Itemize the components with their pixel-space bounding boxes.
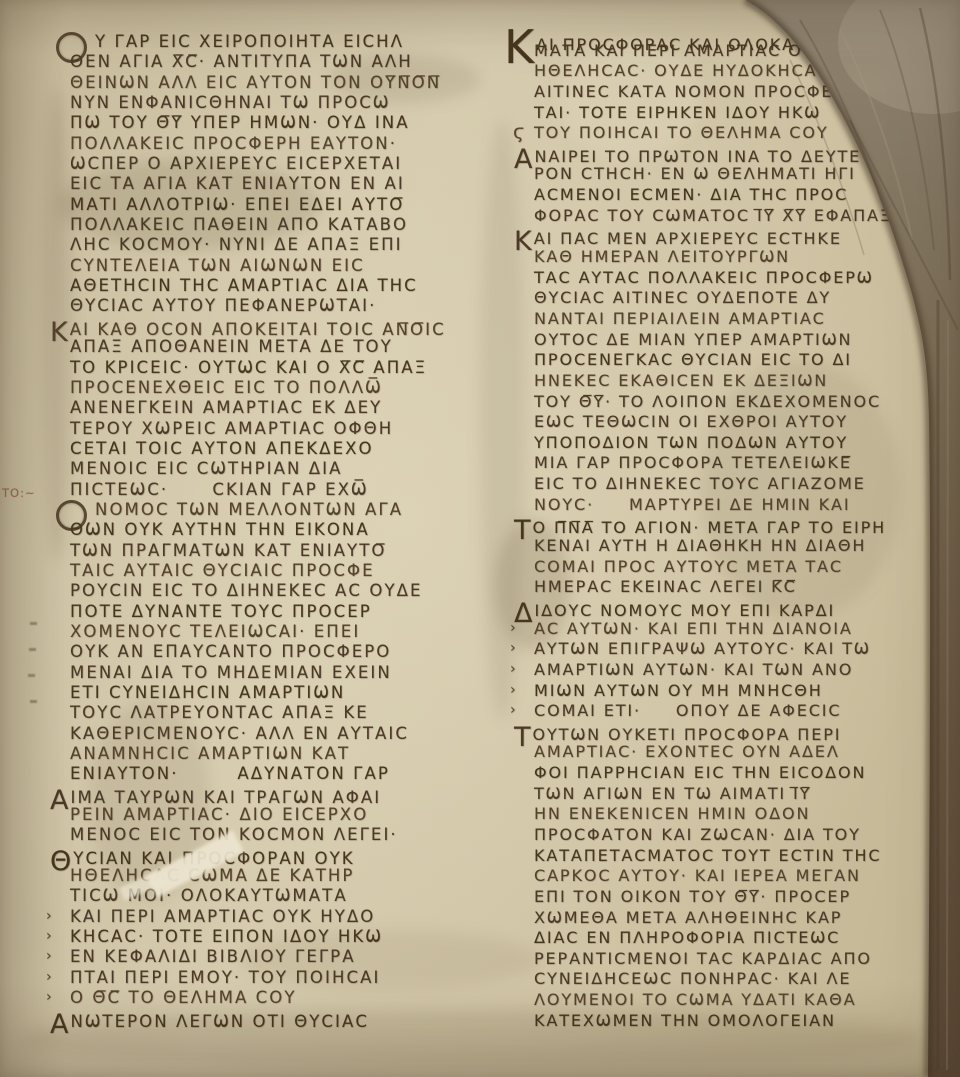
line-text: ΤΑΙϹ ΑΥΤΑΙϹ ΘΥϹΙΑΙϹ ΠΡΟϹΦΕ — [70, 561, 375, 580]
text-line: ΚΑΘ ΗΜΕΡΑΝ ΛΕΙΤΟΥΡΓѠΝ — [534, 247, 944, 268]
text-line: ΛΟΥΜΕΝΟΙ ΤΟ ϹѠΜΑ ΥΔΑΤΙ ΚΑΘΑ — [534, 990, 944, 1011]
line-text: ΤΕΡΟΥ ΧѠΡΕΙϹ ΑΜΑΡΤΙΑϹ ΟΦΘΗ — [70, 419, 393, 438]
text-line: ΤΕΡΟΥ ΧѠΡΕΙϹ ΑΜΑΡΤΙΑϹ ΟΦΘΗ — [70, 419, 484, 439]
text-line: ΜΕΝΟϹ ΕΙϹ ΤΟΝ ΚΟϹΜΟΝ ΛΕΓΕΙ· — [70, 825, 484, 845]
diple-mark: › — [510, 661, 516, 677]
text-line: ΕΙϹ ΤΑ ΑΓΙΑ ΚΑΤ ΕΝΙΑΥΤΟΝ ΕΝ ΑΙ — [70, 174, 484, 194]
text-line: ΘΥϹΙΑϹ ΑΙΤΙΝΕϹ ΟΥΔΕΠΟΤΕ ΔΥ — [534, 288, 944, 309]
text-line: ΗΝ ΕΝΕΚΕΝΙϹΕΝ ΗΜΙΝ ΟΔΟΝ — [534, 804, 944, 825]
line-text: ΗΘΕΛΗϹΑϹ ϹѠΜΑ ΔΕ ΚΑΤΗΡ — [70, 866, 354, 885]
line-text: ΚΕΝΑΙ ΑΥΤΗ Η ΔΙΑΘΗΚΗ ΗΝ ΔΙΑΘΗ — [534, 536, 866, 555]
line-text: ΜΙѠΝ ΑΥΤѠΝ ΟΥ ΜΗ ΜΝΗϹΘΗ — [534, 681, 823, 700]
text-line: ΕΝΙΑΥΤΟΝ· ΑΔΥΝΑΤΟΝ ΓΑΡ — [70, 764, 484, 784]
diple-mark: › — [510, 702, 516, 718]
text-line: ΤѠΝ ΑΓΙѠΝ ΕΝ ΤѠ ΑΙΜΑΤΙ Ι̅Υ̅ — [534, 784, 944, 805]
text-line: ΠΙϹΤΕѠϹ· ϹΚΙΑΝ ΓΑΡ ΕΧѠ̅ — [70, 480, 484, 500]
line-text: ΤΟΥ ΠΟΙΗϹΑΙ ΤΟ ΘΕΛΗΜΑ ϹΟΥ — [534, 123, 829, 142]
line-text: ΝΑΙΡΕΙ ΤΟ ΠΡѠΤΟΝ ΙΝΑ ΤΟ ΔΕΥΤΕ — [534, 147, 861, 166]
line-text: ΝΟΥϹ· ΜΑΡΤΥΡΕΙ ΔΕ ΗΜΙΝ ΚΑΙ — [534, 495, 850, 514]
initial-letter: Τ — [514, 722, 531, 753]
line-text: ΝΟΜΟϹ ΤѠΝ ΜΕΛΛΟΝΤѠΝ ΑΓΑ — [95, 500, 403, 519]
diple-mark: › — [510, 640, 516, 656]
text-line: ΚΑΤΕΧѠΜΕΝ ΤΗΝ ΟΜΟΛΟΓΕΙΑΝ — [534, 1011, 944, 1032]
line-text: ΘΥϹΙΑϹ ΑΙΤΙΝΕϹ ΟΥΔΕΠΟΤΕ ΔΥ — [534, 288, 831, 307]
line-text: ΑΝΕΝΕΓΚΕΙΝ ΑΜΑΡΤΙΑϹ ΕΚ ΔΕΥ — [70, 398, 382, 417]
margin-tick — [30, 622, 37, 625]
text-line: ΤΟΥΤѠΝ ΟΥΚΕΤΙ ΠΡΟϹΦΟΡΑ ΠΕΡΙ — [534, 722, 944, 743]
line-text: ΡΕΙΝ ΑΜΑΡΤΙΑϹ· ΔΙΟ ΕΙϹΕΡΧΟ — [70, 805, 368, 824]
line-text: ΝΑΝΤΑΙ ΠΕΡΙΑΙΛΕΙΝ ΑΜΑΡΤΙΑϹ — [534, 309, 826, 328]
line-text: ΘѠΝ ΟΥΚ ΑΥΤΗΝ ΤΗΝ ΕΙΚΟΝΑ — [70, 520, 370, 539]
line-text: ϹΟΜΑΙ ΠΡΟϹ ΑΥΤΟΥϹ ΜΕΤΑ ΤΑϹ — [534, 557, 843, 576]
initial-letter: Κ — [514, 226, 532, 257]
line-text: ΑΝΑΜΝΗϹΙϹ ΑΜΑΡΤΙѠΝ ΚΑΤ — [70, 744, 350, 763]
line-text: ΤΙϹѠ ΜΟΙ· ΟΛΟΚΑΥΤѠΜΑΤΑ — [70, 886, 348, 905]
line-text: ΤΑϹ ΑΥΤΑϹ ΠΟΛΛΑΚΕΙϹ ΠΡΟϹΦΕΡѠ — [534, 268, 874, 287]
line-text: ΑΙ ΚΑΘ ΟϹΟΝ ΑΠΟΚΕΙΤΑΙ ΤΟΙϹ ΑΝ̅Ο̅ΙϹ — [70, 320, 446, 339]
line-text: ΠΡΟϹΕΝΕΓΚΑϹ ΘΥϹΙΑΝ ΕΙϹ ΤΟ ΔΙ — [534, 350, 852, 369]
text-line: ΕΠΙ ΤΟΝ ΟΙΚΟΝ ΤΟΥ Θ̅Υ̅· ΠΡΟϹΕΡ — [534, 887, 944, 908]
line-text: ΤΟΥϹ ΛΑΤΡΕΥΟΝΤΑϹ ΑΠΑΞ ΚΕ — [70, 703, 369, 722]
line-text: ΕѠϹ ΤΕΘѠϹΙΝ ΟΙ ΕΧΘΡΟΙ ΑΥΤΟΥ — [534, 412, 848, 431]
text-line: ΑΘΕΤΗϹΙΝ ΤΗϹ ΑΜΑΡΤΙΑϹ ΔΙΑ ΤΗϹ — [70, 276, 484, 296]
text-line: ΜΙΑ ΓΑΡ ΠΡΟϹΦΟΡΑ ΤΕΤΕΛΕΙѠΚΕ̅ — [534, 453, 944, 474]
diple-mark: › — [46, 989, 52, 1005]
text-line: ΟΥΤΟϹ ΔΕ ΜΙΑΝ ΥΠΕΡ ΑΜΑΡΤΙѠΝ — [534, 330, 944, 351]
text-line: ΜΑΤΙ ΑΛΛΟΤΡΙѠ· ΕΠΕΙ ΕΔΕΙ ΑΥΤΟ̅ — [70, 195, 484, 215]
line-text: ΟΥΤΟϹ ΔΕ ΜΙΑΝ ΥΠΕΡ ΑΜΑΡΤΙѠΝ — [534, 330, 852, 349]
text-line: ›ΚΗϹΑϹ· ΤΟΤΕ ΕΙΠΟΝ ΙΔΟΥ ΗΚѠ — [70, 927, 484, 947]
line-text: ΚΑΘΕΡΙϹΜΕΝΟΥϹ· ΑΛΛ ΕΝ ΑΥΤΑΙϹ — [70, 724, 409, 743]
text-line: ΦΟΙ ΠΑΡΡΗϹΙΑΝ ΕΙϹ ΤΗΝ ΕΙϹΟΔΟΝ — [534, 763, 944, 784]
text-line: ΑΙΜΑ ΤΑΥΡѠΝ ΚΑΙ ΤΡΑΓѠΝ ΑΦΑΙ — [70, 785, 484, 805]
text-line: ΝΥΝ ΕΝΦΑΝΙϹΘΗΝΑΙ ΤѠ ΠΡΟϹѠ — [70, 93, 484, 113]
line-text: ΤΑΙ· ΤΟΤΕ ΕΙΡΗΚΕΝ ΙΔΟΥ ΗΚѠ — [534, 103, 821, 122]
line-text: ΑΙΤΙΝΕϹ ΚΑΤΑ ΝΟΜΟΝ ΠΡΟϹΦΕΡΟΝ — [534, 82, 873, 101]
initial-letter: Δ — [514, 598, 532, 629]
line-text: ΠѠ ΤΟΥ Θ̅Υ̅ ΥΠΕΡ ΗΜѠΝ· ΟΥΔ ΙΝΑ — [70, 113, 410, 132]
line-text: ΕΠΙ ΤΟΝ ΟΙΚΟΝ ΤΟΥ Θ̅Υ̅· ΠΡΟϹΕΡ — [534, 887, 851, 906]
diple-mark: › — [46, 948, 52, 964]
line-text: ΗΝΕΚΕϹ ΕΚΑΘΙϹΕΝ ΕΚ ΔΕΞΙѠΝ — [534, 371, 828, 390]
line-text: ΙΔΟΥϹ ΝΟΜΟΥϹ ΜΟΥ ΕΠΙ ΚΑΡΔΙ — [534, 601, 835, 620]
line-text: ΠΙϹΤΕѠϹ· ϹΚΙΑΝ ΓΑΡ ΕΧѠ̅ — [70, 480, 369, 499]
text-line: ΑΙΤΙΝΕϹ ΚΑΤΑ ΝΟΜΟΝ ΠΡΟϹΦΕΡΟΝ — [534, 82, 944, 103]
initial-letter: Α — [514, 144, 532, 175]
text-line: ΤΟΥ Θ̅Υ̅· ΤΟ ΛΟΙΠΟΝ ΕΚΔΕΧΟΜΕΝΟϹ — [534, 392, 944, 413]
text-line: ΗΝΕΚΕϹ ΕΚΑΘΙϹΕΝ ΕΚ ΔΕΞΙѠΝ — [534, 371, 944, 392]
text-line: ΡΕΙΝ ΑΜΑΡΤΙΑϹ· ΔΙΟ ΕΙϹΕΡΧΟ — [70, 805, 484, 825]
text-line: ΧѠΜΕΘΑ ΜΕΤΑ ΑΛΗΘΕΙΝΗϹ ΚΑΡ — [534, 908, 944, 929]
text-line: ΑΝΑΙΡΕΙ ΤΟ ΠΡѠΤΟΝ ΙΝΑ ΤΟ ΔΕΥΤΕ — [534, 144, 944, 165]
text-line: ΤѠΝ ΠΡΑΓΜΑΤѠΝ ΚΑΤ ΕΝΙΑΥΤΟ̅ — [70, 541, 484, 561]
text-line: ›ΜΙѠΝ ΑΥΤѠΝ ΟΥ ΜΗ ΜΝΗϹΘΗ — [534, 681, 944, 702]
line-text: ΑϹ ΑΥΤѠΝ· ΚΑΙ ΕΠΙ ΤΗΝ ΔΙΑΝΟΙΑ — [534, 619, 853, 638]
text-line: ΠΟΛΛΑΚΕΙϹ ΠΡΟϹΦΕΡΗ ΕΑΥΤΟΝ· — [70, 134, 484, 154]
line-text: ΠΟΛΛΑΚΕΙϹ ΠΑΘΕΙΝ ΑΠΟ ΚΑΤΑΒΟ — [70, 215, 408, 234]
line-text: ΤΟ ΚΡΙϹΕΙϹ· ΟΥΤѠϹ ΚΑΙ Ο Χ̅Ϲ̅ ΑΠΑΞ — [70, 358, 427, 377]
line-text: ΜΕΝΟΙϹ ΕΙϹ ϹѠΤΗΡΙΑΝ ΔΙΑ — [70, 459, 343, 478]
margin-tick — [29, 648, 36, 651]
line-text: ΚΑΙ ΠΕΡΙ ΑΜΑΡΤΙΑϹ ΟΥΚ ΗΥΔΟ — [70, 907, 375, 926]
line-text: ΠΡΟϹΦΑΤΟΝ ΚΑΙ ΖѠϹΑΝ· ΔΙΑ ΤΟΥ — [534, 825, 861, 844]
text-line: ΚΑΙ ΠΑϹ ΜΕΝ ΑΡΧΙΕΡΕΥϹ ΕϹΤΗΚΕ — [534, 226, 944, 247]
line-text: ϹΑΡΚΟϹ ΑΥΤΟΥ· ΚΑΙ ΙΕΡΕΑ ΜΕΓΑΝ — [534, 866, 861, 885]
text-line: ΑΝΕΝΕΓΚΕΙΝ ΑΜΑΡΤΙΑϹ ΕΚ ΔΕΥ — [70, 398, 484, 418]
line-text: ΑϹΜΕΝΟΙ ΕϹΜΕΝ· ΔΙΑ ΤΗϹ ΠΡΟϹ — [534, 185, 848, 204]
text-line: ΘΥϹΙΑϹ ΑΥΤΟΥ ΠΕΦΑΝΕΡѠΤΑΙ· — [70, 296, 484, 316]
line-text: ΘΥϹΙΑϹ ΑΥΤΟΥ ΠΕΦΑΝΕΡѠΤΑΙ· — [70, 296, 376, 315]
line-text: ΗΜΕΡΑϹ ΕΚΕΙΝΑϹ ΛΕΓΕΙ Κ̅Ϲ̅ — [534, 577, 797, 596]
line-text: ΙΜΑ ΤΑΥΡѠΝ ΚΑΙ ΤΡΑΓѠΝ ΑΦΑΙ — [70, 788, 381, 807]
diple-mark: › — [46, 969, 52, 985]
line-text: ΜΑΤΑ ΚΑΙ ΠΕΡΙ ΑΜΑΡΤΙΑϹ ΟΥΚ — [534, 41, 827, 60]
line-text: ΑΥΤѠΝ ΕΠΙΓΡΑΨѠ ΑΥΤΟΥϹ· ΚΑΙ ΤѠ — [534, 639, 871, 658]
text-line: ΛΗϹ ΚΟϹΜΟΥ· ΝΥΝΙ ΔΕ ΑΠΑΞ ΕΠΙ — [70, 235, 484, 255]
text-line: ϹΟΜΑΙ ΠΡΟϹ ΑΥΤΟΥϹ ΜΕΤΑ ΤΑϹ — [534, 557, 944, 578]
text-line: ›Ο Θ̅Ϲ̅ ΤΟ ΘΕΛΗΜΑ ϹΟΥ — [70, 988, 484, 1008]
initial-letter: Κ — [504, 20, 534, 74]
text-line: ΚΕΝΑΙ ΑΥΤΗ Η ΔΙΑΘΗΚΗ ΗΝ ΔΙΑΘΗ — [534, 536, 944, 557]
line-text: ΕΤΙ ϹΥΝΕΙΔΗϹΙΝ ΑΜΑΡΤΙѠΝ — [70, 683, 345, 702]
line-text: ΥϹΙΑΝ ΚΑΙ ΠΡΟϹΦΟΡΑΝ ΟΥΚ — [73, 849, 354, 868]
text-line: ΗΘΕΛΗϹΑϹ· ΟΥΔΕ ΗΥΔΟΚΗϹΑϹ — [534, 61, 944, 82]
diple-mark: › — [46, 908, 52, 924]
line-text: ΠΡΟϹΕΝΕΧΘΕΙϹ ΕΙϹ ΤΟ ΠΟΛΛѠ̅ — [70, 378, 383, 397]
text-line: ΠѠ ΤΟΥ Θ̅Υ̅ ΥΠΕΡ ΗΜѠΝ· ΟΥΔ ΙΝΑ — [70, 113, 484, 133]
text-line: ΟΥΚ ΑΝ ΕΠΑΥϹΑΝΤΟ ΠΡΟϹΦΕΡΟ — [70, 642, 484, 662]
line-text: ΟΥΤѠΝ ΟΥΚΕΤΙ ΠΡΟϹΦΟΡΑ ΠΕΡΙ — [533, 725, 842, 744]
line-text: Ο Π̅Ν̅Α̅ ΤΟ ΑΓΙΟΝ· ΜΕΤΑ ΓΑΡ ΤΟ ΕΙΡΗ — [533, 518, 887, 537]
text-line: ΤΙϹѠ ΜΟΙ· ΟΛΟΚΑΥΤѠΜΑΤΑ — [70, 886, 484, 906]
text-line: ΕΤΙ ϹΥΝΕΙΔΗϹΙΝ ΑΜΑΡΤΙѠΝ — [70, 683, 484, 703]
text-line: ΠΡΟϹΕΝΕΓΚΑϹ ΘΥϹΙΑΝ ΕΙϹ ΤΟ ΔΙ — [534, 350, 944, 371]
line-text: ΧΟΜΕΝΟΥϹ ΤΕΛΕΙѠϹΑΙ· ΕΠΕΙ — [70, 622, 360, 641]
initial-letter: Α — [50, 1009, 68, 1040]
text-line: ›ΑΜΑΡΤΙѠΝ ΑΥΤѠΝ· ΚΑΙ ΤѠΝ ΑΝΟ — [534, 660, 944, 681]
text-line: ϹΥΝΕΙΔΗϹΕѠϹ ΠΟΝΗΡΑϹ· ΚΑΙ ΛΕ — [534, 969, 944, 990]
text-line: ΑΝΑΜΝΗϹΙϹ ΑΜΑΡΤΙѠΝ ΚΑΤ — [70, 744, 484, 764]
initial-letter: Τ — [514, 515, 531, 546]
text-line: ΤΟ ΚΡΙϹΕΙϹ· ΟΥΤѠϹ ΚΑΙ Ο Χ̅Ϲ̅ ΑΠΑΞ — [70, 358, 484, 378]
diple-mark: › — [46, 928, 52, 944]
text-line: ΔΙΔΟΥϹ ΝΟΜΟΥϹ ΜΟΥ ΕΠΙ ΚΑΡΔΙ — [534, 598, 944, 619]
text-line: ΘΕΙΝѠΝ ΑΛΛ ΕΙϹ ΑΥΤΟΝ ΤΟΝ ΟΥ̅Ν̅Ο̅Ν̅ — [70, 73, 484, 93]
text-line: Υ ΓΑΡ ΕΙϹ ΧΕΙΡΟΠΟΙΗΤΑ ΕΙϹΗΛ — [70, 32, 484, 52]
line-text: ΛΟΥΜΕΝΟΙ ΤΟ ϹѠΜΑ ΥΔΑΤΙ ΚΑΘΑ — [534, 990, 857, 1009]
line-text: ΕΝΙΑΥΤΟΝ· ΑΔΥΝΑΤΟΝ ΓΑΡ — [70, 764, 390, 783]
text-line: ΑΝѠΤΕΡΟΝ ΛΕΓѠΝ ΟΤΙ ΘΥϹΙΑϹ — [70, 1009, 484, 1029]
text-column-left: Υ ΓΑΡ ΕΙϹ ΧΕΙΡΟΠΟΙΗΤΑ ΕΙϹΗΛΘΕΝ ΑΓΙΑ Χ̅Ϲ̅… — [70, 32, 484, 1029]
text-line: ΚΑΤΑΠΕΤΑϹΜΑΤΟϹ ΤΟΥΤ ΕϹΤΙΝ ΤΗϹ — [534, 846, 944, 867]
text-line: ΝΟΜΟϹ ΤѠΝ ΜΕΛΛΟΝΤѠΝ ΑΓΑ — [70, 500, 484, 520]
line-text: ΕΙϹ ΤΟ ΔΙΗΝΕΚΕϹ ΤΟΥϹ ΑΓΙΑΖΟΜΕ — [534, 474, 866, 493]
line-text: ΑΙ ΠΑϹ ΜΕΝ ΑΡΧΙΕΡΕΥϹ ΕϹΤΗΚΕ — [534, 229, 842, 248]
line-text: ϹΥΝΤΕΛΕΙΑ ΤѠΝ ΑΙѠΝѠΝ ΕΙϹ — [70, 256, 365, 275]
line-text: Υ ΓΑΡ ΕΙϹ ΧΕΙΡΟΠΟΙΗΤΑ ΕΙϹΗΛ — [95, 32, 404, 51]
text-line: ΜΑΤΑ ΚΑΙ ΠΕΡΙ ΑΜΑΡΤΙΑϹ ΟΥΚ — [534, 41, 944, 62]
text-line: ΜΕΝΑΙ ΔΙΑ ΤΟ ΜΗΔΕΜΙΑΝ ΕΧΕΙΝ — [70, 663, 484, 683]
text-line: ΤΑΙϹ ΑΥΤΑΙϹ ΘΥϹΙΑΙϹ ΠΡΟϹΦΕ — [70, 561, 484, 581]
line-text: ΑΠΑΞ ΑΠΟΘΑΝΕΙΝ ΜΕΤΑ ΔΕ ΤΟΥ — [70, 337, 393, 356]
text-line: ΚΑΘΕΡΙϹΜΕΝΟΥϹ· ΑΛΛ ΕΝ ΑΥΤΑΙϹ — [70, 724, 484, 744]
line-text: ΚΑΤΕΧѠΜΕΝ ΤΗΝ ΟΜΟΛΟΓΕΙΑΝ — [534, 1011, 836, 1030]
margin-tick — [28, 674, 35, 677]
line-text: ΑΘΕΤΗϹΙΝ ΤΗϹ ΑΜΑΡΤΙΑϹ ΔΙΑ ΤΗϹ — [70, 276, 418, 295]
initial-letter: Κ — [50, 317, 68, 348]
line-text: ΝΥΝ ΕΝΦΑΝΙϹΘΗΝΑΙ ΤѠ ΠΡΟϹѠ — [70, 93, 390, 112]
line-text: ΟΥΚ ΑΝ ΕΠΑΥϹΑΝΤΟ ΠΡΟϹΦΕΡΟ — [70, 642, 391, 661]
text-line: ΘѠΝ ΟΥΚ ΑΥΤΗΝ ΤΗΝ ΕΙΚΟΝΑ — [70, 520, 484, 540]
line-text: ΠΟΛΛΑΚΕΙϹ ΠΡΟϹΦΕΡΗ ΕΑΥΤΟΝ· — [70, 134, 397, 153]
line-text: ΚΗϹΑϹ· ΤΟΤΕ ΕΙΠΟΝ ΙΔΟΥ ΗΚѠ — [70, 927, 383, 946]
line-text: ΔΙΑϹ ΕΝ ΠΛΗΡΟΦΟΡΙΑ ΠΙϹΤΕѠϹ — [534, 928, 840, 947]
paragraph-mark: ϛ — [513, 121, 524, 143]
text-line: ΠΟΛΛΑΚΕΙϹ ΠΑΘΕΙΝ ΑΠΟ ΚΑΤΑΒΟ — [70, 215, 484, 235]
line-text: ΝѠΤΕΡΟΝ ΛΕΓѠΝ ΟΤΙ ΘΥϹΙΑϹ — [70, 1012, 369, 1031]
text-line: ›ϹΟΜΑΙ ΕΤΙ· ΟΠΟΥ ΔΕ ΑΦΕϹΙϹ — [534, 701, 944, 722]
marginal-note: ΤΟ:~ — [2, 486, 36, 500]
line-text: ΕΙϹ ΤΑ ΑΓΙΑ ΚΑΤ ΕΝΙΑΥΤΟΝ ΕΝ ΑΙ — [70, 174, 405, 193]
text-line: ΝΟΥϹ· ΜΑΡΤΥΡΕΙ ΔΕ ΗΜΙΝ ΚΑΙ — [534, 495, 944, 516]
text-line: ΠΡΟϹΦΑΤΟΝ ΚΑΙ ΖѠϹΑΝ· ΔΙΑ ΤΟΥ — [534, 825, 944, 846]
line-text: ΤѠΝ ΠΡΑΓΜΑΤѠΝ ΚΑΤ ΕΝΙΑΥΤΟ̅ — [70, 541, 387, 560]
text-line: ΡΟΥϹΙΝ ΕΙϹ ΤΟ ΔΙΗΝΕΚΕϹ ΑϹ ΟΥΔΕ — [70, 581, 484, 601]
line-text: ΗΘΕΛΗϹΑϹ· ΟΥΔΕ ΗΥΔΟΚΗϹΑϹ — [534, 61, 830, 80]
text-line: ΚΑΙ ΚΑΘ ΟϹΟΝ ΑΠΟΚΕΙΤΑΙ ΤΟΙϹ ΑΝ̅Ο̅ΙϹ — [70, 317, 484, 337]
line-text: ΜΑΤΙ ΑΛΛΟΤΡΙѠ· ΕΠΕΙ ΕΔΕΙ ΑΥΤΟ̅ — [70, 195, 404, 214]
text-line: ѠϹΠΕΡ Ο ΑΡΧΙΕΡΕΥϹ ΕΙϹΕΡΧΕΤΑΙ — [70, 154, 484, 174]
text-line: ϹΑΡΚΟϹ ΑΥΤΟΥ· ΚΑΙ ΙΕΡΕΑ ΜΕΓΑΝ — [534, 866, 944, 887]
line-text: ΘΕΝ ΑΓΙΑ Χ̅Ϲ̅· ΑΝΤΙΤΥΠΑ ΤѠΝ ΑΛΗ — [70, 52, 413, 71]
line-text: ΠΟΤΕ ΔΥΝΑΝΤΕ ΤΟΥϹ ΠΡΟϹΕΡ — [70, 602, 372, 621]
text-line: ›ΕΝ ΚΕΦΑΛΙΔΙ ΒΙΒΛΙΟΥ ΓΕΓΡΑ — [70, 947, 484, 967]
text-line: ΔΙΑϹ ΕΝ ΠΛΗΡΟΦΟΡΙΑ ΠΙϹΤΕѠϹ — [534, 928, 944, 949]
line-text: ϹΟΜΑΙ ΕΤΙ· ΟΠΟΥ ΔΕ ΑΦΕϹΙϹ — [534, 701, 841, 720]
text-line: ΠΡΟϹΕΝΕΧΘΕΙϹ ΕΙϹ ΤΟ ΠΟΛΛѠ̅ — [70, 378, 484, 398]
text-line: ΧΟΜΕΝΟΥϹ ΤΕΛΕΙѠϹΑΙ· ΕΠΕΙ — [70, 622, 484, 642]
text-line: ΕΙϹ ΤΟ ΔΙΗΝΕΚΕϹ ΤΟΥϹ ΑΓΙΑΖΟΜΕ — [534, 474, 944, 495]
text-line: ›ΚΑΙ ΠΕΡΙ ΑΜΑΡΤΙΑϹ ΟΥΚ ΗΥΔΟ — [70, 907, 484, 927]
line-text: ΛΗϹ ΚΟϹΜΟΥ· ΝΥΝΙ ΔΕ ΑΠΑΞ ΕΠΙ — [70, 235, 403, 254]
text-line: ΑΜΑΡΤΙΑϹ· ΕΧΟΝΤΕϹ ΟΥΝ ΑΔΕΛ — [534, 742, 944, 763]
text-line: ϛΤΟΥ ΠΟΙΗϹΑΙ ΤΟ ΘΕΛΗΜΑ ϹΟΥ — [534, 123, 944, 144]
line-text: ΗΝ ΕΝΕΚΕΝΙϹΕΝ ΗΜΙΝ ΟΔΟΝ — [534, 804, 810, 823]
text-line: ϹΕΤΑΙ ΤΟΙϹ ΑΥΤΟΝ ΑΠΕΚΔΕΧΟ — [70, 439, 484, 459]
diple-mark: › — [510, 620, 516, 636]
stain — [480, 120, 525, 720]
text-line: ΘΥϹΙΑΝ ΚΑΙ ΠΡΟϹΦΟΡΑΝ ΟΥΚ — [70, 846, 484, 866]
line-text: ΤѠΝ ΑΓΙѠΝ ΕΝ ΤѠ ΑΙΜΑΤΙ Ι̅Υ̅ — [534, 784, 811, 803]
line-text: ϹΥΝΕΙΔΗϹΕѠϹ ΠΟΝΗΡΑϹ· ΚΑΙ ΛΕ — [534, 969, 851, 988]
line-text: ΚΑΤΑΠΕΤΑϹΜΑΤΟϹ ΤΟΥΤ ΕϹΤΙΝ ΤΗϹ — [534, 846, 881, 865]
text-line: ΕѠϹ ΤΕΘѠϹΙΝ ΟΙ ΕΧΘΡΟΙ ΑΥΤΟΥ — [534, 412, 944, 433]
line-text: ΕΝ ΚΕΦΑΛΙΔΙ ΒΙΒΛΙΟΥ ΓΕΓΡΑ — [70, 947, 356, 966]
line-text: ΤΟΥ Θ̅Υ̅· ΤΟ ΛΟΙΠΟΝ ΕΚΔΕΧΟΜΕΝΟϹ — [534, 392, 881, 411]
line-text: ΦΟΙ ΠΑΡΡΗϹΙΑΝ ΕΙϹ ΤΗΝ ΕΙϹΟΔΟΝ — [534, 763, 866, 782]
line-text: ΚΑΘ ΗΜΕΡΑΝ ΛΕΙΤΟΥΡΓѠΝ — [534, 247, 790, 266]
line-text: ϹΕΤΑΙ ΤΟΙϹ ΑΥΤΟΝ ΑΠΕΚΔΕΧΟ — [70, 439, 374, 458]
line-text: ΜΙΑ ΓΑΡ ΠΡΟϹΦΟΡΑ ΤΕΤΕΛΕΙѠΚΕ̅ — [534, 453, 852, 472]
text-line: ΤΟ Π̅Ν̅Α̅ ΤΟ ΑΓΙΟΝ· ΜΕΤΑ ΓΑΡ ΤΟ ΕΙΡΗ — [534, 515, 944, 536]
text-line: ΑϹΜΕΝΟΙ ΕϹΜΕΝ· ΔΙΑ ΤΗϹ ΠΡΟϹ — [534, 185, 944, 206]
text-line: ›ΑΥΤѠΝ ΕΠΙΓΡΑΨѠ ΑΥΤΟΥϹ· ΚΑΙ ΤѠ — [534, 639, 944, 660]
initial-letter: Θ — [50, 846, 71, 877]
text-line: ΡΟΝ ϹΤΗϹΗ· ΕΝ Ѡ ΘΕΛΗΜΑΤΙ ΗΓΙ — [534, 164, 944, 185]
manuscript-page: ΤΟ:~ Υ ΓΑΡ ΕΙϹ ΧΕΙΡΟΠΟΙΗΤΑ ΕΙϹΗΛΘΕΝ ΑΓΙΑ… — [0, 0, 960, 1077]
line-text: ΜΕΝΟϹ ΕΙϹ ΤΟΝ ΚΟϹΜΟΝ ΛΕΓΕΙ· — [70, 825, 398, 844]
text-line: ΤΑϹ ΑΥΤΑϹ ΠΟΛΛΑΚΕΙϹ ΠΡΟϹΦΕΡѠ — [534, 268, 944, 289]
text-line: ΗΘΕΛΗϹΑϹ ϹѠΜΑ ΔΕ ΚΑΤΗΡ — [70, 866, 484, 886]
line-text: ΡΟΥϹΙΝ ΕΙϹ ΤΟ ΔΙΗΝΕΚΕϹ ΑϹ ΟΥΔΕ — [70, 581, 423, 600]
text-line: ΥΠΟΠΟΔΙΟΝ ΤѠΝ ΠΟΔѠΝ ΑΥΤΟΥ — [534, 433, 944, 454]
text-line: ΜΕΝΟΙϹ ΕΙϹ ϹѠΤΗΡΙΑΝ ΔΙΑ — [70, 459, 484, 479]
line-text: ΜΕΝΑΙ ΔΙΑ ΤΟ ΜΗΔΕΜΙΑΝ ΕΧΕΙΝ — [70, 663, 392, 682]
text-line: ΤΑΙ· ΤΟΤΕ ΕΙΡΗΚΕΝ ΙΔΟΥ ΗΚѠ — [534, 103, 944, 124]
line-text: ΘΕΙΝѠΝ ΑΛΛ ΕΙϹ ΑΥΤΟΝ ΤΟΝ ΟΥ̅Ν̅Ο̅Ν̅ — [70, 73, 441, 92]
line-text: ΥΠΟΠΟΔΙΟΝ ΤѠΝ ΠΟΔѠΝ ΑΥΤΟΥ — [534, 433, 848, 452]
diple-mark: › — [510, 682, 516, 698]
text-line: ΦΟΡΑϹ ΤΟΥ ϹѠΜΑΤΟϹ Ι̅Υ̅ Χ̅Υ̅ ΕΦΑΠΑΞ — [534, 206, 944, 227]
line-text: Ο Θ̅Ϲ̅ ΤΟ ΘΕΛΗΜΑ ϹΟΥ — [70, 988, 297, 1007]
initial-letter: Α — [50, 785, 68, 816]
text-line: ΠΟΤΕ ΔΥΝΑΝΤΕ ΤΟΥϹ ΠΡΟϹΕΡ — [70, 602, 484, 622]
line-text: ΦΟΡΑϹ ΤΟΥ ϹѠΜΑΤΟϹ Ι̅Υ̅ Χ̅Υ̅ ΕΦΑΠΑΞ — [534, 206, 892, 225]
text-line: ›ΑϹ ΑΥΤѠΝ· ΚΑΙ ΕΠΙ ΤΗΝ ΔΙΑΝΟΙΑ — [534, 619, 944, 640]
text-line: ›ΠΤΑΙ ΠΕΡΙ ΕΜΟΥ· ΤΟΥ ΠΟΙΗϹΑΙ — [70, 968, 484, 988]
line-text: ΡΕΡΑΝΤΙϹΜΕΝΟΙ ΤΑϹ ΚΑΡΔΙΑϹ ΑΠΟ — [534, 949, 872, 968]
text-line: ΗΜΕΡΑϹ ΕΚΕΙΝΑϹ ΛΕΓΕΙ Κ̅Ϲ̅ — [534, 577, 944, 598]
margin-tick — [30, 700, 37, 703]
line-text: ΑΜΑΡΤΙΑϹ· ΕΧΟΝΤΕϹ ΟΥΝ ΑΔΕΛ — [534, 742, 840, 761]
line-text: ΧѠΜΕΘΑ ΜΕΤΑ ΑΛΗΘΕΙΝΗϹ ΚΑΡ — [534, 908, 842, 927]
line-text: ΡΟΝ ϹΤΗϹΗ· ΕΝ Ѡ ΘΕΛΗΜΑΤΙ ΗΓΙ — [534, 164, 856, 183]
text-line: ΑΠΑΞ ΑΠΟΘΑΝΕΙΝ ΜΕΤΑ ΔΕ ΤΟΥ — [70, 337, 484, 357]
line-text: ΑΜΑΡΤΙѠΝ ΑΥΤѠΝ· ΚΑΙ ΤѠΝ ΑΝΟ — [534, 660, 853, 679]
text-line: ΤΟΥϹ ΛΑΤΡΕΥΟΝΤΑϹ ΑΠΑΞ ΚΕ — [70, 703, 484, 723]
text-line: ϹΥΝΤΕΛΕΙΑ ΤѠΝ ΑΙѠΝѠΝ ΕΙϹ — [70, 256, 484, 276]
text-line: ΘΕΝ ΑΓΙΑ Χ̅Ϲ̅· ΑΝΤΙΤΥΠΑ ΤѠΝ ΑΛΗ — [70, 52, 484, 72]
line-text: ΠΤΑΙ ΠΕΡΙ ΕΜΟΥ· ΤΟΥ ΠΟΙΗϹΑΙ — [70, 968, 380, 987]
text-line: ΚΑΙ ΠΡΟϹΦΟΡΑϹ ΚΑΙ ΟΛΟΚΑΥΤѠ — [534, 20, 944, 41]
text-line: ΡΕΡΑΝΤΙϹΜΕΝΟΙ ΤΑϹ ΚΑΡΔΙΑϹ ΑΠΟ — [534, 949, 944, 970]
text-column-right: ΚΑΙ ΠΡΟϹΦΟΡΑϹ ΚΑΙ ΟΛΟΚΑΥΤѠΜΑΤΑ ΚΑΙ ΠΕΡΙ … — [534, 20, 944, 1031]
text-line: ΝΑΝΤΑΙ ΠΕΡΙΑΙΛΕΙΝ ΑΜΑΡΤΙΑϹ — [534, 309, 944, 330]
line-text: ѠϹΠΕΡ Ο ΑΡΧΙΕΡΕΥϹ ΕΙϹΕΡΧΕΤΑΙ — [70, 154, 402, 173]
